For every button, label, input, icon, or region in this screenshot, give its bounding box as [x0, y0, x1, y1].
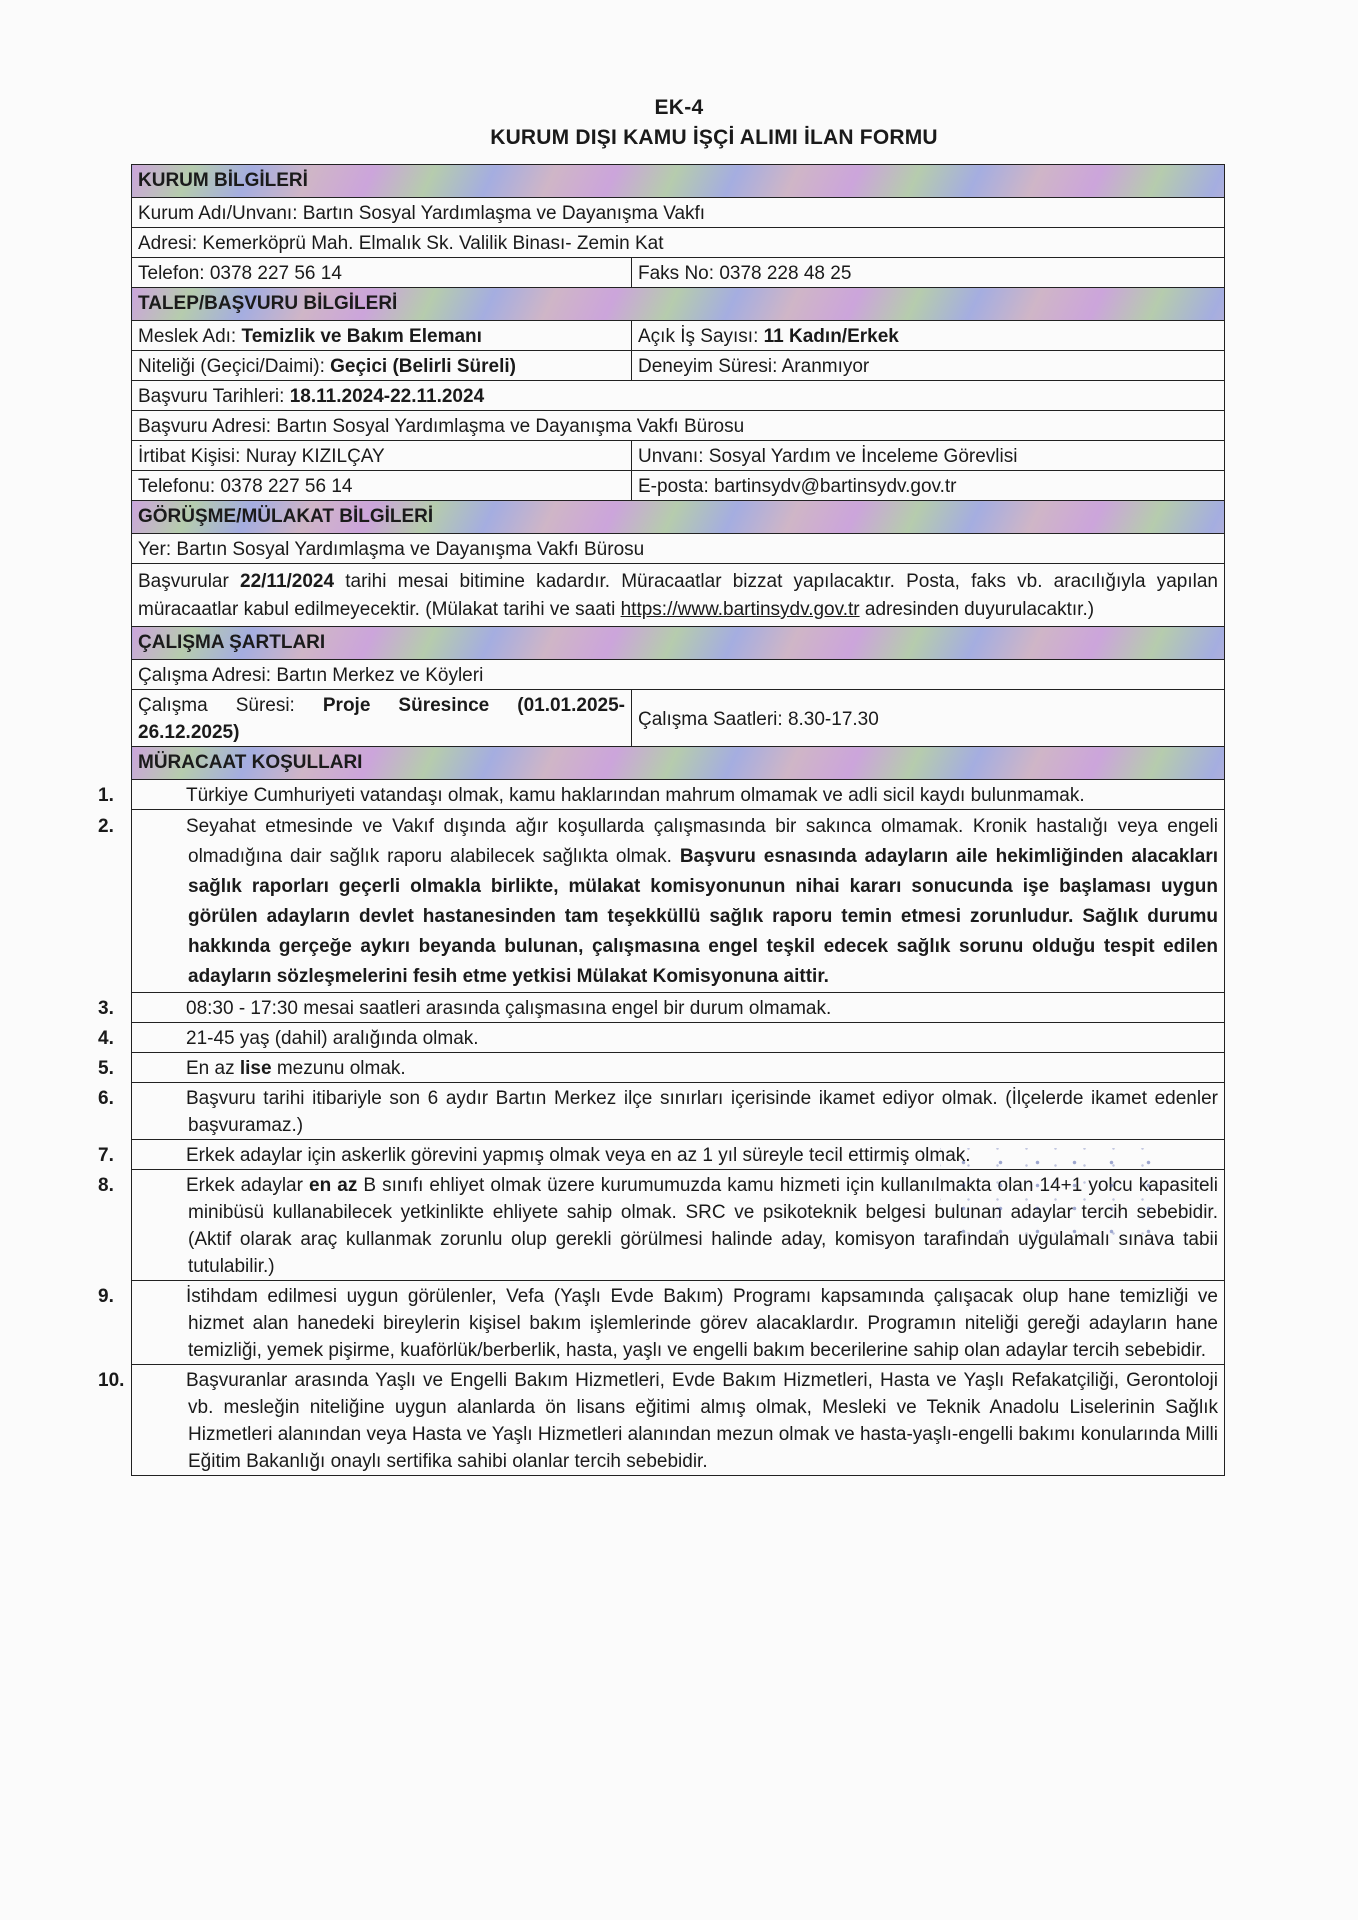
condition-row: 4.21-45 yaş (dahil) aralığında olmak.: [132, 1023, 1225, 1053]
document-page: EK-4 KURUM DIŞI KAMU İŞÇİ ALIMI İLAN FOR…: [0, 0, 1358, 1920]
condition-emphasis: Başvuru esnasında adayların aile hekimli…: [188, 846, 1218, 987]
condition-number: 8.: [142, 1172, 186, 1199]
occupation-value: Temizlik ve Bakım Elemanı: [242, 326, 482, 347]
condition-number: 9.: [142, 1283, 186, 1310]
condition-text: Başvuru tarihi itibariyle son 6 aydır Ba…: [186, 1088, 1218, 1136]
interview-place-label: Yer:: [138, 539, 171, 560]
condition-text: En az: [186, 1058, 235, 1079]
condition-item: 1.Türkiye Cumhuriyeti vatandaşı olmak, k…: [138, 782, 1218, 809]
condition-text: Erkek adaylar: [186, 1175, 303, 1196]
row-application-address: Başvuru Adresi: Bartın Sosyal Yardımlaşm…: [132, 411, 1225, 441]
row-contact-person: İrtibat Kişisi: Nuray KIZILÇAY Unvanı: S…: [132, 441, 1225, 471]
condition-item: 2.Seyahat etmesinde ve Vakıf dışında ağı…: [138, 812, 1218, 992]
application-dates-label: Başvuru Tarihleri:: [138, 386, 284, 407]
section-mulakat-header: GÖRÜŞME/MÜLAKAT BİLGİLERİ: [132, 501, 1225, 534]
institution-name-value: Bartın Sosyal Yardımlaşma ve Dayanışma V…: [303, 203, 705, 224]
section-kosullar-header: MÜRACAAT KOŞULLARI: [132, 747, 1225, 780]
section-kurum-header: KURUM BİLGİLERİ: [132, 165, 1225, 198]
announcement-form-table: KURUM BİLGİLERİ Kurum Adı/Unvanı: Bartın…: [131, 164, 1225, 1476]
experience-value: Aranmıyor: [782, 356, 870, 377]
condition-item: 7.Erkek adaylar için askerlik görevini y…: [138, 1142, 1218, 1169]
condition-row: 5.En az lise mezunu olmak.: [132, 1053, 1225, 1083]
row-application-dates: Başvuru Tarihleri: 18.11.2024-22.11.2024: [132, 381, 1225, 411]
contact-person-label: İrtibat Kişisi:: [138, 446, 240, 467]
email-label: E-posta:: [638, 476, 709, 497]
application-address-label: Başvuru Adresi:: [138, 416, 271, 437]
condition-number: 10.: [142, 1367, 186, 1394]
condition-number: 7.: [142, 1142, 186, 1169]
work-hours-label: Çalışma Saatleri:: [638, 709, 783, 730]
condition-emphasis: en az: [309, 1175, 357, 1196]
section-calisma-header: ÇALIŞMA ŞARTLARI: [132, 627, 1225, 660]
condition-number: 5.: [142, 1055, 186, 1082]
work-duration-label: Çalışma Süresi:: [138, 695, 295, 716]
condition-number: 1.: [142, 782, 186, 809]
condition-row: 8.Erkek adaylar en az B sınıfı ehliyet o…: [132, 1170, 1225, 1281]
condition-number: 6.: [142, 1085, 186, 1112]
nature-value: Geçici (Belirli Süreli): [330, 356, 516, 377]
condition-text: İstihdam edilmesi uygun görülenler, Vefa…: [186, 1286, 1218, 1361]
fax-value: 0378 228 48 25: [719, 263, 851, 284]
phone-value: 0378 227 56 14: [210, 263, 342, 284]
condition-item: 8.Erkek adaylar en az B sınıfı ehliyet o…: [138, 1172, 1218, 1280]
interview-place-value: Bartın Sosyal Yardımlaşma ve Dayanışma V…: [176, 539, 644, 560]
condition-text: Başvuranlar arasında Yaşlı ve Engelli Ba…: [186, 1370, 1218, 1472]
address-label: Adresi:: [138, 233, 197, 254]
condition-item: 9.İstihdam edilmesi uygun görülenler, Ve…: [138, 1283, 1218, 1364]
condition-row: 2.Seyahat etmesinde ve Vakıf dışında ağı…: [132, 810, 1225, 993]
condition-item: 4.21-45 yaş (dahil) aralığında olmak.: [138, 1025, 1218, 1052]
contact-title-label: Unvanı:: [638, 446, 703, 467]
condition-item: 6.Başvuru tarihi itibariyle son 6 aydır …: [138, 1085, 1218, 1139]
document-header: EK-4 KURUM DIŞI KAMU İŞÇİ ALIMI İLAN FOR…: [0, 96, 1358, 150]
condition-number: 2.: [142, 812, 186, 842]
application-dates-value: 18.11.2024-22.11.2024: [290, 386, 484, 407]
condition-text: 08:30 - 17:30 mesai saatleri arasında ça…: [186, 998, 831, 1019]
section-title-calisma: ÇALIŞMA ŞARTLARI: [132, 627, 1225, 660]
interview-note-prefix: Başvurular: [138, 571, 229, 592]
condition-row: 7.Erkek adaylar için askerlik görevini y…: [132, 1140, 1225, 1170]
interview-note-suffix: adresinden duyurulacaktır.): [865, 599, 1094, 620]
condition-number: 3.: [142, 995, 186, 1022]
institution-name-label: Kurum Adı/Unvanı:: [138, 203, 297, 224]
condition-row: 6.Başvuru tarihi itibariyle son 6 aydır …: [132, 1083, 1225, 1140]
condition-text: mezunu olmak.: [277, 1058, 406, 1079]
application-deadline: 22/11/2024: [240, 571, 334, 592]
contact-title-value: Sosyal Yardım ve İnceleme Görevlisi: [709, 446, 1018, 467]
conditions-list: 1.Türkiye Cumhuriyeti vatandaşı olmak, k…: [132, 780, 1225, 1476]
application-address-value: Bartın Sosyal Yardımlaşma ve Dayanışma V…: [276, 416, 744, 437]
row-institution-name: Kurum Adı/Unvanı: Bartın Sosyal Yardımla…: [132, 198, 1225, 228]
condition-row: 3.08:30 - 17:30 mesai saatleri arasında …: [132, 993, 1225, 1023]
condition-row: 10.Başvuranlar arasında Yaşlı ve Engelli…: [132, 1365, 1225, 1476]
condition-item: 5.En az lise mezunu olmak.: [138, 1055, 1218, 1082]
email-value: bartinsydv@bartinsydv.gov.tr: [714, 476, 956, 497]
row-occupation-openings: Meslek Adı: Temizlik ve Bakım Elemanı Aç…: [132, 321, 1225, 351]
condition-number: 4.: [142, 1025, 186, 1052]
website-link[interactable]: https://www.bartinsydv.gov.tr: [621, 599, 860, 620]
work-hours-value: 8.30-17.30: [788, 709, 879, 730]
contact-phone-value: 0378 227 56 14: [220, 476, 352, 497]
row-work-address: Çalışma Adresi: Bartın Merkez ve Köyleri: [132, 660, 1225, 690]
contact-person-value: Nuray KIZILÇAY: [246, 446, 385, 467]
condition-item: 10.Başvuranlar arasında Yaşlı ve Engelli…: [138, 1367, 1218, 1475]
condition-row: 9.İstihdam edilmesi uygun görülenler, Ve…: [132, 1281, 1225, 1365]
annex-label: EK-4: [0, 96, 1358, 120]
section-title-kurum: KURUM BİLGİLERİ: [132, 165, 1225, 198]
experience-label: Deneyim Süresi:: [638, 356, 777, 377]
row-contact-phone-email: Telefonu: 0378 227 56 14 E-posta: bartin…: [132, 471, 1225, 501]
nature-label: Niteliği (Geçici/Daimi):: [138, 356, 325, 377]
work-address-label: Çalışma Adresi:: [138, 665, 271, 686]
work-address-value: Bartın Merkez ve Köyleri: [276, 665, 483, 686]
section-title-mulakat: GÖRÜŞME/MÜLAKAT BİLGİLERİ: [132, 501, 1225, 534]
row-work-duration-hours: Çalışma Süresi: Proje Süresince (01.01.2…: [132, 690, 1225, 747]
condition-emphasis: lise: [240, 1058, 272, 1079]
section-title-kosullar: MÜRACAAT KOŞULLARI: [132, 747, 1225, 780]
row-interview-note: Başvurular 22/11/2024 tarihi mesai bitim…: [132, 564, 1225, 627]
condition-item: 3.08:30 - 17:30 mesai saatleri arasında …: [138, 995, 1218, 1022]
address-value: Kemerköprü Mah. Elmalık Sk. Valilik Bina…: [202, 233, 663, 254]
phone-label: Telefon:: [138, 263, 205, 284]
occupation-label: Meslek Adı:: [138, 326, 236, 347]
condition-text: Türkiye Cumhuriyeti vatandaşı olmak, kam…: [186, 785, 1085, 806]
condition-text: Erkek adaylar için askerlik görevini yap…: [186, 1145, 971, 1166]
document-title: KURUM DIŞI KAMU İŞÇİ ALIMI İLAN FORMU: [0, 126, 1358, 150]
fax-label: Faks No:: [638, 263, 714, 284]
section-title-talep: TALEP/BAŞVURU BİLGİLERİ: [132, 288, 1225, 321]
contact-phone-label: Telefonu:: [138, 476, 215, 497]
row-phone-fax: Telefon: 0378 227 56 14 Faks No: 0378 22…: [132, 258, 1225, 288]
condition-row: 1.Türkiye Cumhuriyeti vatandaşı olmak, k…: [132, 780, 1225, 810]
row-institution-address: Adresi: Kemerköprü Mah. Elmalık Sk. Vali…: [132, 228, 1225, 258]
openings-value: 11 Kadın/Erkek: [764, 326, 899, 347]
section-talep-header: TALEP/BAŞVURU BİLGİLERİ: [132, 288, 1225, 321]
row-nature-experience: Niteliği (Geçici/Daimi): Geçici (Belirli…: [132, 351, 1225, 381]
openings-label: Açık İş Sayısı:: [638, 326, 758, 347]
condition-text: 21-45 yaş (dahil) aralığında olmak.: [186, 1028, 479, 1049]
row-interview-place: Yer: Bartın Sosyal Yardımlaşma ve Dayanı…: [132, 534, 1225, 564]
